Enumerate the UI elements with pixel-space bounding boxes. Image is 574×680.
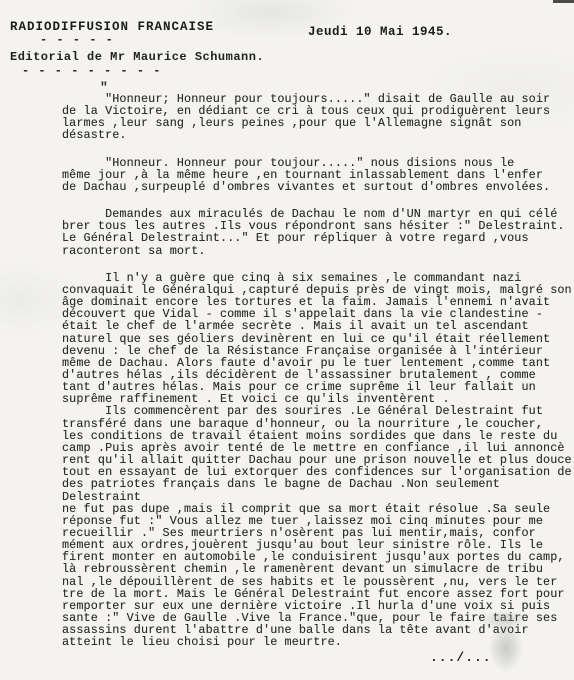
paragraph-honneur-dachau: "Honneur. Honneur pour toujour....." nou… (62, 157, 574, 193)
page-continuation-mark: .../... (430, 650, 492, 665)
paragraph-demandez-miracules: Demandes aux miraculés de Dachau le nom … (62, 208, 574, 257)
org-title-underline: - - - - - (40, 36, 264, 44)
editorial-underline: - - - - - - - - - (22, 67, 264, 75)
paragraph-commandant-nazi: Il n'y a guère que cinq à six semaines ,… (62, 272, 574, 406)
editorial-byline: Editorial de Mr Maurice Schumann. (10, 50, 264, 64)
document-header: RADIODIFFUSION FRANCAISE - - - - - Edito… (10, 20, 264, 75)
org-title: RADIODIFFUSION FRANCAISE (10, 20, 264, 34)
scanned-document-page: RADIODIFFUSION FRANCAISE - - - - - Edito… (0, 0, 574, 680)
scan-corner-artifact (553, 0, 574, 3)
document-body: "Honneur; Honneur pour toujours....." di… (62, 93, 574, 649)
paragraph-honneur-de-gaulle: "Honneur; Honneur pour toujours....." di… (62, 93, 574, 142)
document-date: Jeudi 10 Mai 1945. (308, 25, 452, 39)
